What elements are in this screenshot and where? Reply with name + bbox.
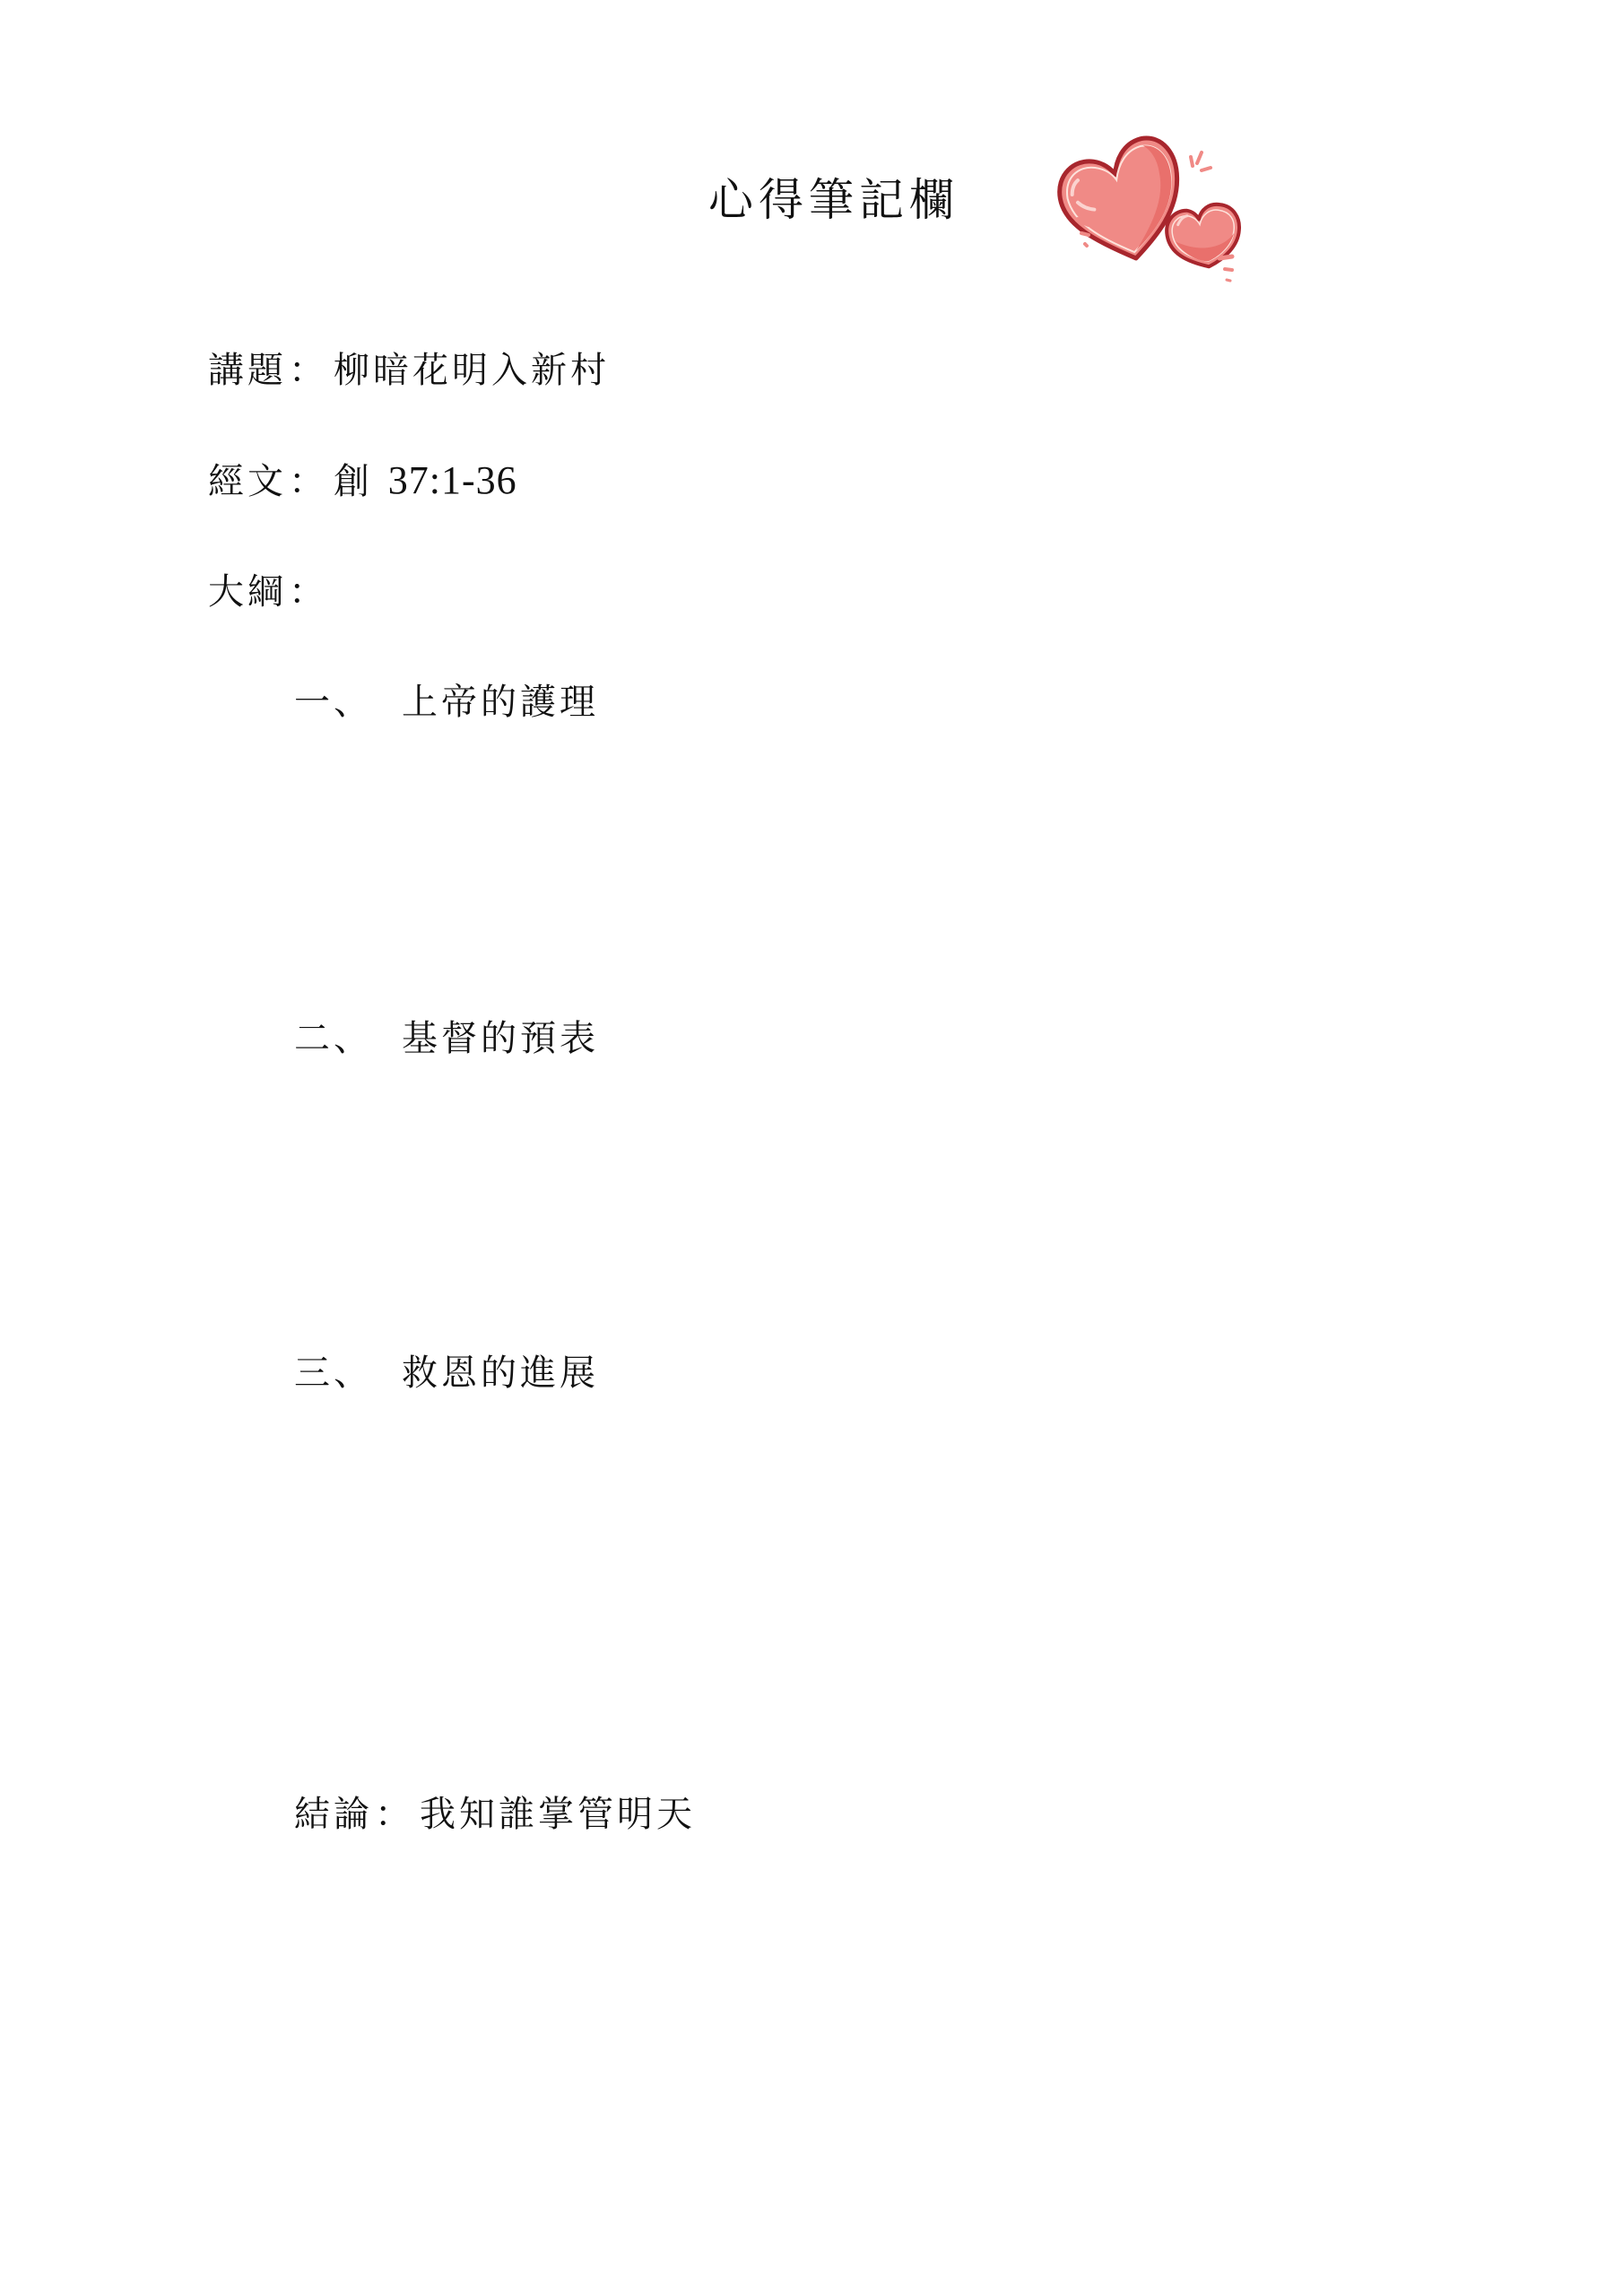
outline-separator: ： bbox=[289, 571, 328, 613]
outline-item-number: 一、 bbox=[294, 677, 402, 727]
outline-label: 大綱 bbox=[208, 571, 287, 613]
scripture-separator: ： bbox=[289, 461, 328, 502]
page-title: 心得筆記欄 bbox=[708, 169, 959, 231]
topic-separator: ： bbox=[289, 350, 328, 391]
topic-label: 講題 bbox=[208, 350, 287, 391]
two-hearts-icon bbox=[1049, 126, 1255, 287]
conclusion-label: 結論 bbox=[294, 1794, 373, 1835]
scripture-label: 經文 bbox=[208, 461, 287, 502]
outline-item: 一、上帝的護理 bbox=[294, 677, 599, 727]
conclusion-line: 結論：我知誰掌管明天 bbox=[294, 1789, 696, 1839]
topic-line: 講題：柳暗花明入新村 bbox=[208, 345, 610, 396]
outline-item-text: 救恩的進展 bbox=[402, 1352, 599, 1394]
scripture-reference: 37:1-36 bbox=[388, 458, 517, 502]
outline-item-number: 二、 bbox=[294, 1013, 402, 1064]
scripture-book: 創 bbox=[334, 461, 373, 502]
outline-item-number: 三、 bbox=[294, 1348, 402, 1398]
outline-heading: 大綱： bbox=[208, 567, 334, 617]
notes-page: 心得筆記欄 bbox=[0, 0, 1623, 2296]
scripture-line: 經文：創 37:1-36 bbox=[208, 456, 517, 507]
outline-item: 二、基督的預表 bbox=[294, 1013, 599, 1064]
outline-item-text: 上帝的護理 bbox=[402, 682, 599, 723]
conclusion-separator: ： bbox=[375, 1794, 414, 1835]
outline-item-text: 基督的預表 bbox=[402, 1018, 599, 1059]
topic-value: 柳暗花明入新村 bbox=[334, 350, 610, 391]
outline-item: 三、救恩的進展 bbox=[294, 1348, 599, 1398]
conclusion-value: 我知誰掌管明天 bbox=[420, 1794, 696, 1835]
